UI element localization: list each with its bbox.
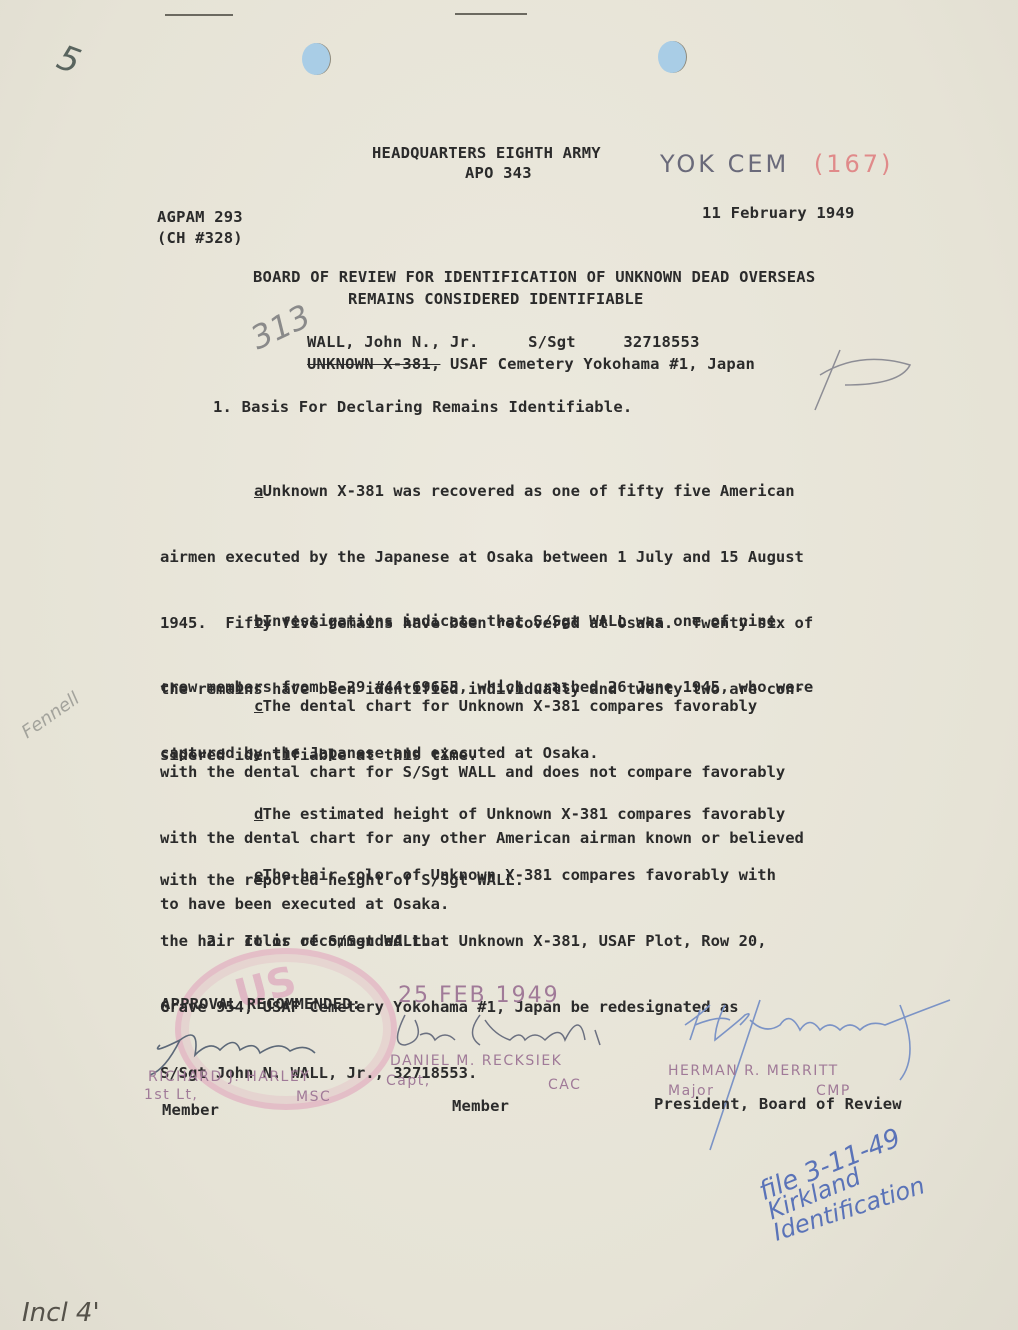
hole-punch-right: [658, 41, 686, 73]
hole-punch-left: [302, 43, 330, 75]
para-c-line0: c The dental chart for Unknown X-381 com…: [160, 695, 920, 717]
margin-note-fennell: Fennell: [18, 688, 84, 743]
enclosure-note: Incl 4': [22, 1298, 100, 1328]
signer1-role: Member: [162, 1101, 219, 1119]
staple-mark-left: [165, 14, 233, 16]
para-e-letter: e: [254, 864, 263, 886]
para-b-letter: b: [254, 610, 263, 632]
document-date: 11 February 1949: [702, 204, 855, 222]
signer3-role: President, Board of Review: [654, 1095, 902, 1113]
subject-serial: 32718553: [623, 333, 699, 351]
signer1-name: RICHARD J. HARLEY: [148, 1069, 310, 1085]
para-e-line0: e The hair color of Unknown X-381 compar…: [160, 864, 920, 886]
signer2-rank: Capt,: [386, 1073, 431, 1089]
margin-number-313: 313: [245, 297, 316, 357]
subject-line1: WALL, John N., Jr. S/Sgt 32718553: [307, 333, 700, 351]
section2-line0: 2. It is recommended that Unknown X-381,…: [160, 930, 920, 952]
staple-mark-right: [455, 13, 527, 15]
para-b-line0: b Investigations indicate that S/Sgt WAL…: [160, 610, 920, 632]
para-c-letter: c: [254, 695, 263, 717]
approval-label: APPROVAL RECOMMENDED:: [161, 995, 361, 1013]
title-line1: BOARD OF REVIEW FOR IDENTIFICATION OF UN…: [253, 268, 815, 286]
signer2-role: Member: [452, 1097, 509, 1115]
document-page: 5 HEADQUARTERS EIGHTH ARMY APO 343 YOK C…: [0, 0, 1018, 1330]
para-a-letter: a: [254, 480, 263, 502]
subject-rank: S/Sgt: [528, 333, 576, 351]
margin-check-scrawl: [800, 345, 930, 415]
signer1-branch: MSC: [296, 1089, 331, 1105]
subject-name: WALL, John N., Jr.: [307, 333, 479, 351]
corner-mark: 5: [52, 38, 86, 83]
reference-code: AGPAM 293: [157, 208, 243, 226]
title-line2: REMAINS CONSIDERED IDENTIFIABLE: [348, 290, 644, 308]
subject-line2: UNKNOWN X-381, USAF Cemetery Yokohama #1…: [307, 355, 755, 373]
para-a-line0: a Unknown X-381 was recovered as one of …: [160, 480, 920, 502]
header-line2: APO 343: [465, 164, 532, 182]
section1-heading: 1. Basis For Declaring Remains Identifia…: [213, 398, 632, 416]
subject-location: USAF Cemetery Yokohama #1, Japan: [440, 355, 755, 373]
cemetery-note-number: (167): [814, 150, 894, 178]
signature-recksiek: [385, 1005, 615, 1055]
para-a-line1: airmen executed by the Japanese at Osaka…: [160, 546, 920, 568]
cemetery-note-prefix: YOK CEM: [660, 150, 789, 178]
handwritten-cemetery-note: YOK CEM (167): [660, 150, 893, 178]
reference-case: (CH #328): [157, 229, 243, 247]
signer2-name: DANIEL M. RECKSIEK: [390, 1053, 562, 1069]
signer3-name: HERMAN R. MERRITT: [668, 1063, 839, 1079]
signer2-branch: CAC: [548, 1077, 581, 1093]
unknown-designation: UNKNOWN X-381,: [307, 355, 440, 373]
header-line1: HEADQUARTERS EIGHTH ARMY: [372, 144, 601, 162]
signature-harley: [140, 1015, 340, 1075]
